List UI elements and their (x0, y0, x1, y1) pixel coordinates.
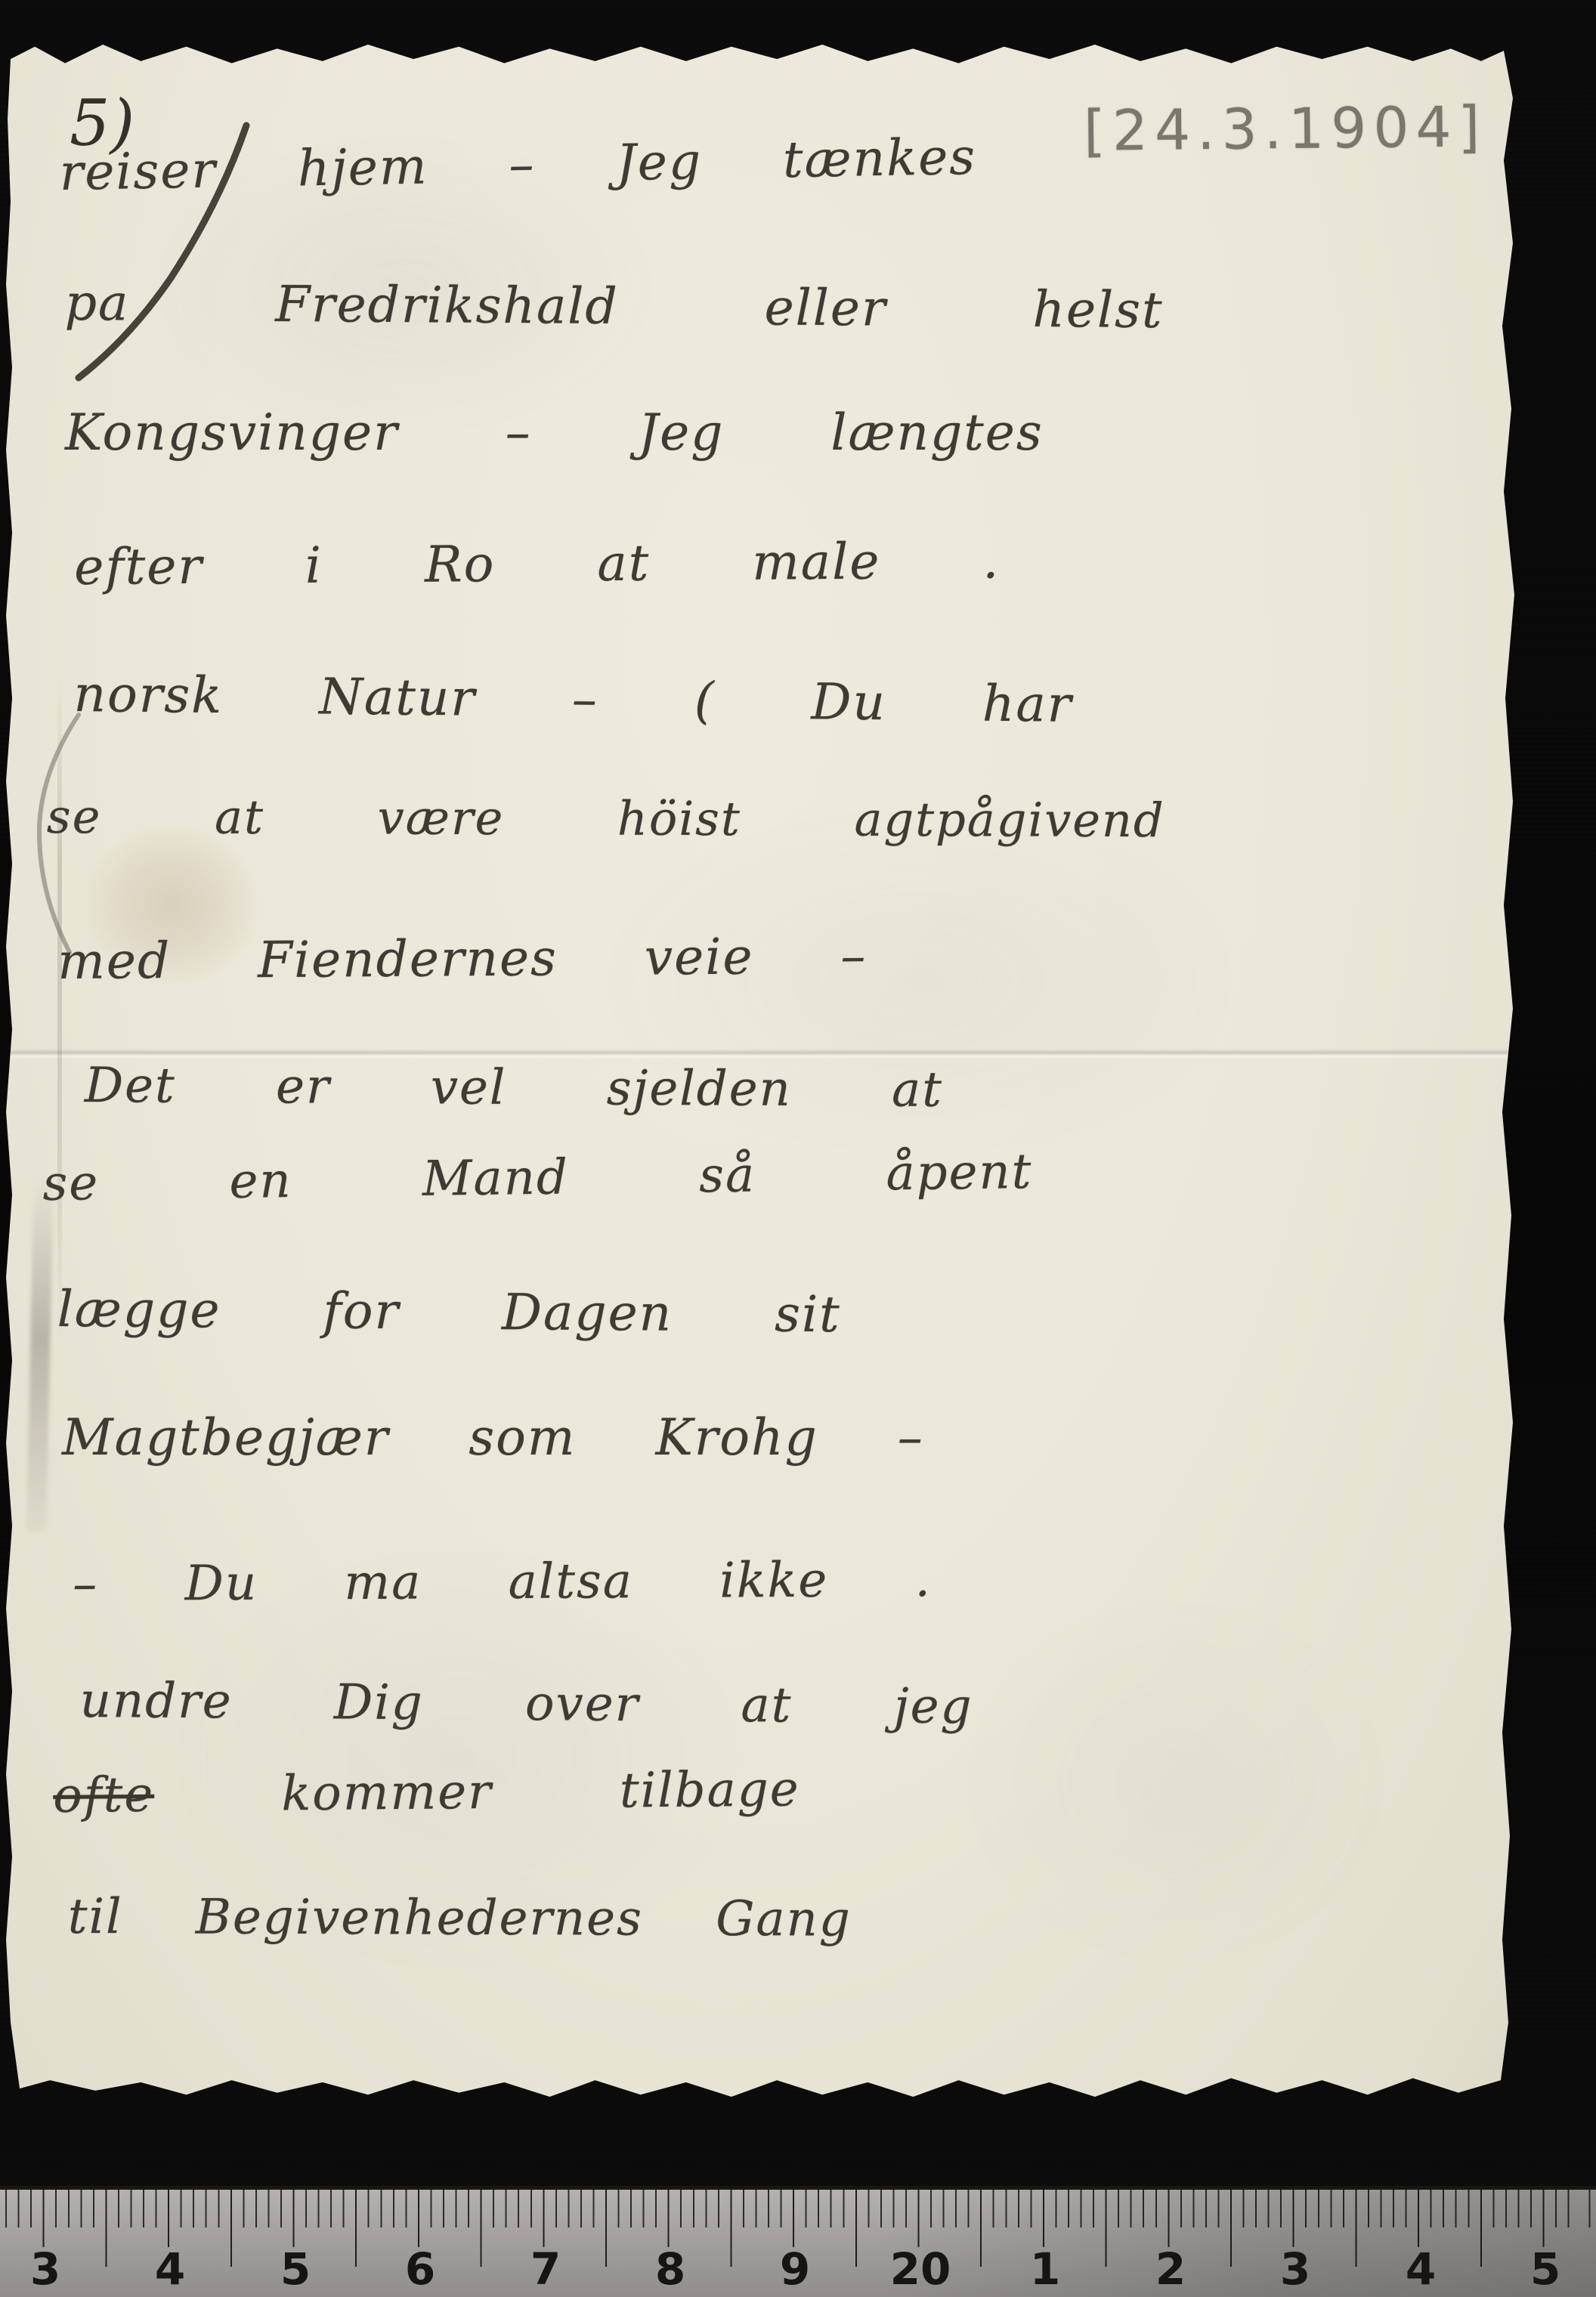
fold-crease (5, 1049, 1519, 1059)
bleedthrough-ghost (949, 1585, 1403, 1978)
ruler-label: 20 (890, 2243, 951, 2295)
manuscript-line-13: undre Dig over at jeg (79, 1673, 973, 1735)
manuscript-line-6: se at være höist agtpågivend (47, 789, 1165, 848)
manuscript-line-14-rest: kommer tilbage (281, 1761, 800, 1822)
paper-sheet: 5) [24.3.1904] reiser hjem – Jeg tænkes … (5, 36, 1519, 2105)
ruler-label: 7 (530, 2243, 561, 2295)
ruler-label: 4 (1406, 2243, 1436, 2295)
archival-date-annotation: [24.3.1904] (1084, 94, 1487, 164)
ruler-label: 3 (30, 2243, 60, 2295)
manuscript-line-5: norsk Natur – ( Du har (73, 665, 1073, 734)
ruler-halfcm-ticks (0, 2190, 1596, 2247)
ruler-label: 6 (405, 2243, 435, 2295)
ruler: 3 4 5 6 7 8 9 20 1 2 3 4 5 (0, 2186, 1596, 2297)
manuscript-line-3: Kongsvinger – Jeg længtes (65, 403, 1044, 462)
manuscript-line-11: Magtbegjær som Krohg – (62, 1408, 924, 1467)
manuscript-line-2: pa Fredrikshald eller helst (64, 274, 1163, 339)
ruler-label: 3 (1280, 2243, 1310, 2295)
ruler-label: 5 (280, 2243, 311, 2295)
ruler-label: 1 (1030, 2243, 1060, 2295)
manuscript-line-14: ofte kommer tilbage (53, 1761, 800, 1824)
manuscript-struck-word: ofte (53, 1767, 154, 1824)
manuscript-line-4: efter i Ro at male . (74, 531, 1001, 596)
pencil-smudge (26, 1177, 54, 1532)
ruler-millimeter-ticks (0, 2190, 1596, 2227)
manuscript-line-12: – Du ma altsa ikke . (73, 1552, 932, 1612)
ruler-label: 4 (155, 2243, 185, 2295)
ruler-label: 8 (655, 2243, 685, 2295)
manuscript-line-8: Det er vel sjelden at (85, 1058, 944, 1118)
manuscript-line-10: lægge for Dagen sit (57, 1280, 840, 1343)
ruler-label: 9 (780, 2243, 810, 2295)
ruler-label: 2 (1155, 2243, 1186, 2295)
manuscript-line-15: til Begivenhedernes Gang (68, 1889, 852, 1948)
manuscript-line-9: se en Mand så åpent (42, 1144, 1033, 1212)
manuscript-line-7: med Fiendernes veie – (57, 927, 868, 991)
ruler-label: 5 (1530, 2243, 1560, 2295)
